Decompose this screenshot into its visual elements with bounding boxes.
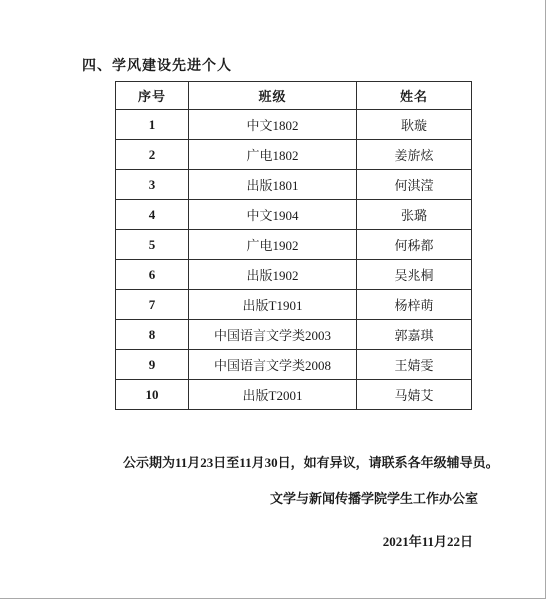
table-row: 2广电1802姜旂炫 xyxy=(116,140,472,170)
class-cell: 出版T1901 xyxy=(189,290,357,320)
class-cell: 出版1902 xyxy=(189,260,357,290)
document-date: 2021年11月22日 xyxy=(383,531,473,550)
class-cell: 广电1802 xyxy=(189,140,357,170)
table-row: 7出版T1901杨梓萌 xyxy=(116,290,472,320)
name-cell: 王婧雯 xyxy=(357,350,472,380)
name-cell: 张璐 xyxy=(357,200,472,230)
class-cell: 中国语言文学类2008 xyxy=(189,350,357,380)
document-page: 四、学风建设先进个人 序号 班级 姓名 1中文1802耿璇2广电1802姜旂炫3… xyxy=(0,0,551,603)
page-edge-bottom xyxy=(0,598,546,599)
advanced-individuals-table: 序号 班级 姓名 1中文1802耿璇2广电1802姜旂炫3出版1801何淇滢4中… xyxy=(115,81,472,410)
header-name: 姓名 xyxy=(357,82,472,110)
name-cell: 何秭都 xyxy=(357,230,472,260)
name-cell: 耿璇 xyxy=(357,110,472,140)
row-index-cell: 2 xyxy=(116,140,189,170)
name-cell: 郭嘉琪 xyxy=(357,320,472,350)
issuing-office-signature: 文学与新闻传播学院学生工作办公室 xyxy=(270,488,478,507)
table-row: 10出版T2001马婧艾 xyxy=(116,380,472,410)
class-cell: 广电1902 xyxy=(189,230,357,260)
table-row: 8中国语言文学类2003郭嘉琪 xyxy=(116,320,472,350)
public-notice-text: 公示期为11月23日至11月30日，如有异议，请联系各年级辅导员。 xyxy=(123,452,499,471)
class-cell: 出版T2001 xyxy=(189,380,357,410)
row-index-cell: 3 xyxy=(116,170,189,200)
row-index-cell: 10 xyxy=(116,380,189,410)
row-index-cell: 6 xyxy=(116,260,189,290)
section-heading: 四、学风建设先进个人 xyxy=(82,55,232,75)
row-index-cell: 5 xyxy=(116,230,189,260)
table-row: 6出版1902吴兆桐 xyxy=(116,260,472,290)
table-header-row: 序号 班级 姓名 xyxy=(116,82,472,110)
header-index: 序号 xyxy=(116,82,189,110)
row-index-cell: 8 xyxy=(116,320,189,350)
class-cell: 出版1801 xyxy=(189,170,357,200)
row-index-cell: 7 xyxy=(116,290,189,320)
row-index-cell: 4 xyxy=(116,200,189,230)
class-cell: 中文1802 xyxy=(189,110,357,140)
table-row: 5广电1902何秭都 xyxy=(116,230,472,260)
table-row: 9中国语言文学类2008王婧雯 xyxy=(116,350,472,380)
table-header: 序号 班级 姓名 xyxy=(116,82,472,110)
page-edge-right xyxy=(545,0,546,599)
table-row: 1中文1802耿璇 xyxy=(116,110,472,140)
name-cell: 姜旂炫 xyxy=(357,140,472,170)
name-cell: 吴兆桐 xyxy=(357,260,472,290)
name-cell: 杨梓萌 xyxy=(357,290,472,320)
table-row: 3出版1801何淇滢 xyxy=(116,170,472,200)
name-cell: 何淇滢 xyxy=(357,170,472,200)
row-index-cell: 1 xyxy=(116,110,189,140)
class-cell: 中文1904 xyxy=(189,200,357,230)
header-class: 班级 xyxy=(189,82,357,110)
name-cell: 马婧艾 xyxy=(357,380,472,410)
class-cell: 中国语言文学类2003 xyxy=(189,320,357,350)
table-row: 4中文1904张璐 xyxy=(116,200,472,230)
row-index-cell: 9 xyxy=(116,350,189,380)
table-body: 1中文1802耿璇2广电1802姜旂炫3出版1801何淇滢4中文1904张璐5广… xyxy=(116,110,472,410)
